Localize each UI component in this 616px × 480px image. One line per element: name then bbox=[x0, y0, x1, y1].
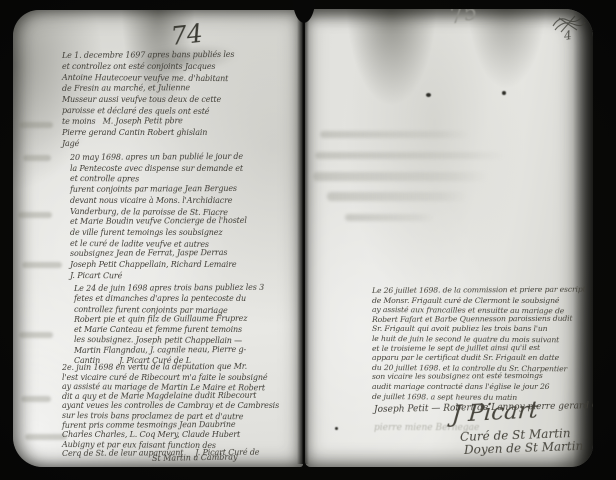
bleedthrough-mark bbox=[25, 434, 67, 440]
entry-block-2: 20 may 1698. apres un ban publié le jour… bbox=[70, 153, 247, 281]
manuscript-scan: 74 Le 1. decembre 1697 apres bans publié… bbox=[0, 0, 616, 480]
corner-number: 4 bbox=[563, 28, 573, 43]
bleedthrough-mark bbox=[19, 122, 53, 128]
handwritten-line: J. Picart Curé bbox=[70, 271, 247, 283]
handwritten-line: Le 1. decembre 1697 apres bans publiés l… bbox=[62, 49, 234, 61]
handwritten-line: Robert pie et quin filz de Guillaume Fru… bbox=[74, 314, 264, 325]
right-page: 75 4 Le 26 juillet 1698. de la commissio… bbox=[305, 9, 593, 467]
handwritten-line: Jagé bbox=[62, 138, 234, 150]
entry-block-1: Le 1. decembre 1697 apres bans publiés l… bbox=[62, 50, 234, 149]
handwritten-line: Sr. Frigault qui avoit publiez les trois… bbox=[372, 324, 586, 334]
handwritten-line: et Marie Canteau et femme furent temoins bbox=[74, 325, 264, 335]
handwritten-line: soubsignez Jean de Ferrat, Jaspe Derras bbox=[70, 248, 247, 260]
bleedthrough-mark bbox=[19, 332, 53, 338]
handwritten-line: Joseph Petit Chappellain, Richard Lemair… bbox=[70, 260, 247, 271]
handwritten-line: son vicaire les soubsignez ont esté tesm… bbox=[372, 371, 586, 382]
handwritten-line: Musseur aussi veufve tous deux de cette bbox=[62, 94, 234, 105]
handwritten-line: Le 26 juillet 1698. de la commission et … bbox=[372, 285, 586, 296]
handwritten-line: 20 may 1698. apres un ban publié le jour… bbox=[70, 152, 247, 164]
handwritten-line: 2e. juin 1698 en vertu de la deputation … bbox=[62, 362, 279, 373]
ink-spot bbox=[502, 91, 506, 95]
handwritten-line: Charles Charles, L. Coq Mery, Claude Hub… bbox=[62, 430, 279, 440]
entry-block-3: Le 24 de juin 1698 apres trois bans publ… bbox=[74, 284, 264, 366]
bleedthrough-mark bbox=[320, 131, 470, 138]
ink-spot bbox=[335, 427, 338, 430]
handwritten-line: de Monsr. Frigault curé de Clermont le s… bbox=[372, 296, 586, 306]
handwritten-line: l'est vicaire curé de Ribecourt m'a fait… bbox=[62, 373, 279, 383]
handwritten-line: de ville furent temoings les soubsignez bbox=[70, 228, 247, 239]
handwritten-line: Le 24 de juin 1698 apres trois bans publ… bbox=[74, 283, 264, 294]
curate-closing-line: St Martin a Cambray bbox=[152, 453, 238, 463]
handwritten-line: devant nous vicaire à Mons. l'Archidiacr… bbox=[70, 196, 247, 207]
bleedthrough-mark bbox=[313, 172, 488, 181]
handwritten-line: furent pris comme tesmoings Jean Daubrin… bbox=[62, 419, 279, 430]
bleedthrough-mark bbox=[23, 155, 51, 161]
handwritten-line: fetes et dimanches d'apres la pentecoste… bbox=[74, 294, 264, 304]
handwritten-line: Robert Fafart et Barbe Quennesson parois… bbox=[372, 313, 586, 324]
book-gutter-notch bbox=[291, 0, 317, 26]
page-number-right: 75 bbox=[447, 9, 480, 30]
entry-block-right: Le 26 juillet 1698. de la commission et … bbox=[372, 286, 586, 401]
handwritten-line: de Fresin au marché, et Julienne bbox=[62, 82, 234, 94]
bleedthrough-mark bbox=[22, 262, 62, 268]
handwritten-line: Martin Flangndau, J. cagnile neau, Pierr… bbox=[74, 345, 264, 356]
handwritten-line: Pierre gerand Cantin Robert ghislain bbox=[62, 127, 234, 138]
bleedthrough-mark bbox=[327, 192, 467, 201]
bleedthrough-mark bbox=[345, 214, 435, 221]
curate-signature-name: J Picart bbox=[451, 397, 539, 428]
handwritten-line: et le troisieme le sept de juillet ainsi… bbox=[372, 342, 586, 353]
bleedthrough-mark bbox=[315, 152, 505, 159]
handwritten-line: la Pentecoste avec dispense sur demande … bbox=[70, 164, 247, 175]
handwritten-line: et Marie Boudin veufve Concierge de l'ho… bbox=[70, 216, 247, 228]
handwritten-line: apparu par le certificat dudit Sr. Friga… bbox=[372, 353, 586, 363]
page-number-left: 74 bbox=[169, 19, 204, 51]
handwritten-line: dit a quy et de Marie Magdelaine dudit R… bbox=[62, 390, 279, 401]
handwritten-line: ayant veues les controlles de Cambray et… bbox=[62, 401, 279, 411]
handwritten-line: et controllez ont esté conjoints Jacques bbox=[62, 61, 234, 72]
handwritten-line: audit mariage contracté dans l'église le… bbox=[372, 382, 586, 392]
handwritten-line: te moins M. Joseph Petit pbre bbox=[62, 115, 234, 127]
bleedthrough-mark bbox=[18, 212, 52, 218]
curate-signature-office: Doyen de St Martin bbox=[464, 439, 584, 457]
entry-block-4: 2e. juin 1698 en vertu de la deputation … bbox=[62, 363, 279, 459]
handwritten-line: furent conjoints par mariage Jean Bergue… bbox=[70, 184, 247, 196]
left-page: 74 Le 1. decembre 1697 apres bans publié… bbox=[13, 10, 303, 467]
bleedthrough-mark bbox=[21, 396, 51, 402]
book-gutter bbox=[297, 12, 309, 464]
ink-spot bbox=[426, 93, 431, 97]
